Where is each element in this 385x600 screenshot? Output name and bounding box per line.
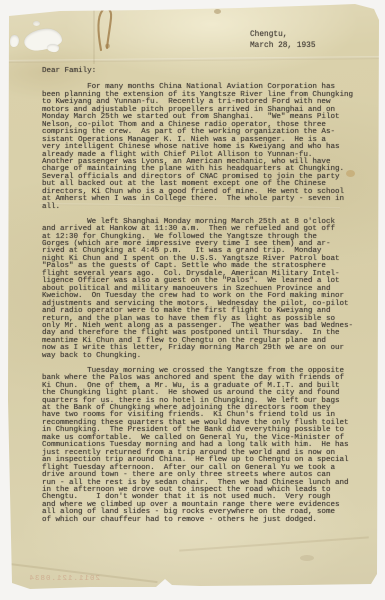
- torn-paper-patch: [23, 27, 63, 52]
- ink-stain: [300, 555, 314, 561]
- accession-number-bleedthrough: 2011.121.0834: [28, 575, 100, 583]
- ink-stain: [214, 9, 221, 14]
- letter-paper: Chengtu,March 28, 1935 Dear Family: For …: [0, 0, 385, 600]
- torn-paper-patch: [46, 43, 59, 53]
- letter-body: Dear Family: For many months China Natio…: [42, 68, 375, 532]
- dateline-date: March 28, 1935: [250, 42, 316, 50]
- torn-paper-patch: [33, 21, 40, 26]
- dateline-place: Chengtu,: [250, 31, 287, 39]
- paper-crease: [4, 56, 381, 63]
- paperclip-rust-stain-icon: [94, 6, 120, 52]
- dateline: Chengtu,March 28, 1935: [250, 30, 316, 52]
- paragraph-2: We left Shanghai Monday morning March 25…: [42, 219, 375, 361]
- torn-paper-patch: [10, 35, 19, 47]
- paragraph-3: Tuesday morning we crossed the Yangtsze …: [42, 368, 375, 525]
- salutation: Dear Family:: [42, 68, 375, 75]
- scanned-letter-page: Chengtu,March 28, 1935 Dear Family: For …: [0, 0, 385, 600]
- paragraph-1: For many months China National Aviation …: [42, 84, 375, 211]
- paper-crease: [179, 536, 369, 551]
